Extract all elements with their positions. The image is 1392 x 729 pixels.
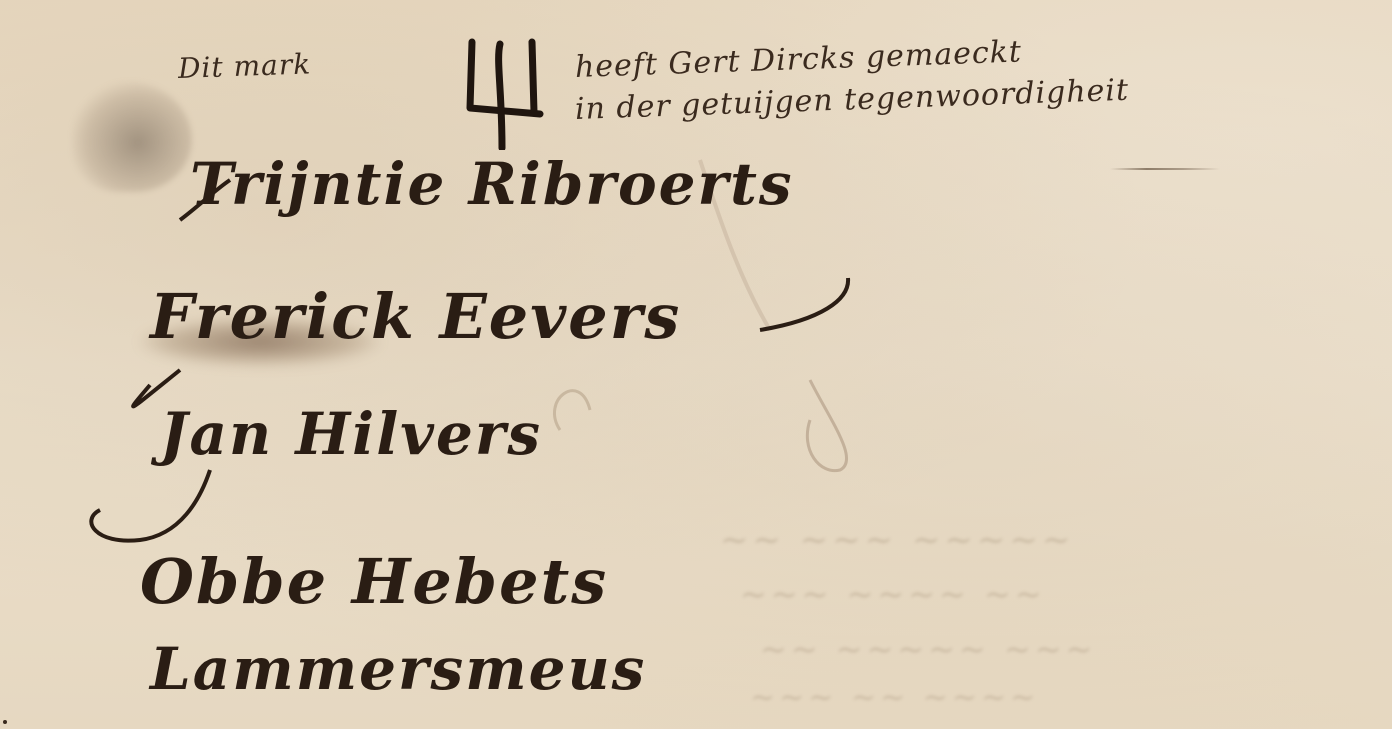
document-page: ~~ ~~~ ~~~~~ ~~~ ~~~~ ~~ ~~ ~~~~~ ~~~ ~~… bbox=[0, 0, 1392, 729]
signature-flourishes bbox=[0, 0, 1392, 729]
paper-speck bbox=[3, 720, 7, 724]
